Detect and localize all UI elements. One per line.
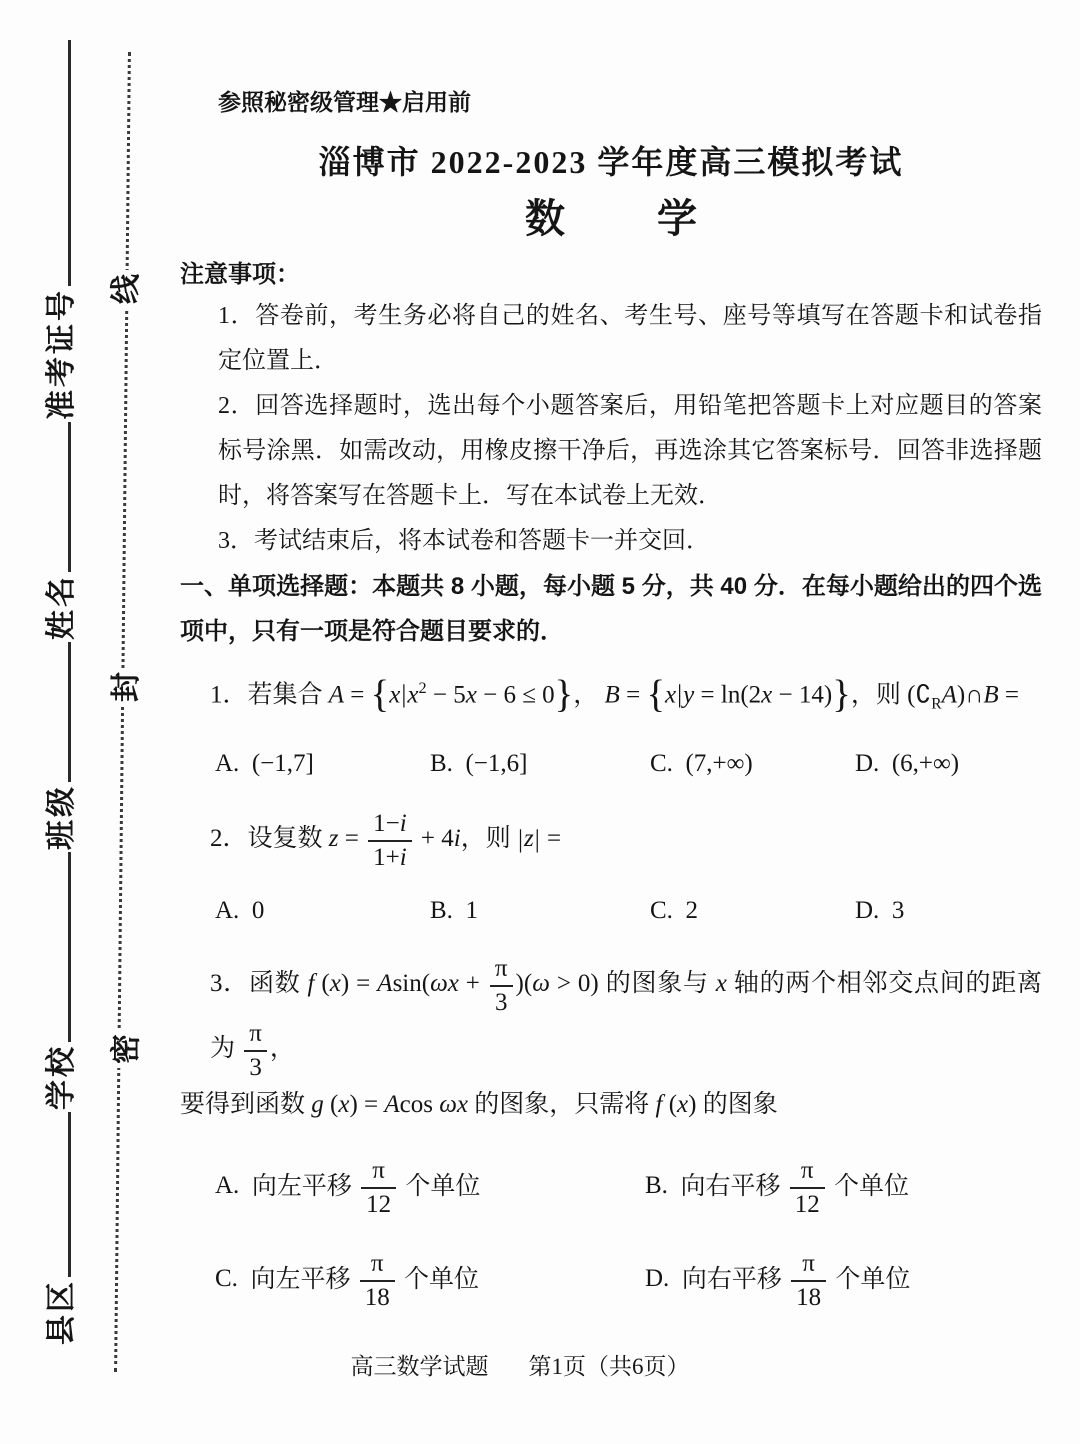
class-fill-line — [42, 642, 71, 782]
field-label-name: 姓名 — [45, 574, 78, 640]
question-3-options-row-1: A. 向左平移 π12 个单位 B. 向右平移 π12 个单位 — [180, 1155, 1042, 1220]
question-2-stem: 2．设复数 z = 1−i1+i + 4i，则 |z| = — [180, 808, 1042, 873]
notice-item-3: 3．考试结束后，将本试卷和答题卡一并交回． — [180, 519, 1042, 564]
field-label-class: 班级 — [45, 784, 78, 850]
question-3-option-c: C. 向左平移 π18 个单位 — [215, 1248, 645, 1313]
field-label-school: 学校 — [45, 1044, 78, 1110]
question-2-option-c: C. 2 — [650, 897, 855, 925]
exam-paper-page: 线 封 密 县区学校班级姓名准考证号 参照秘密级管理★启用前 淄博市 2022-… — [0, 0, 1080, 1444]
question-1-option-a: A. (−1,7] — [215, 750, 430, 778]
seal-char-mi: 密 — [96, 1030, 150, 1068]
main-content: 参照秘密级管理★启用前 淄博市 2022-2023 学年度高三模拟考试 数 学 … — [180, 84, 1042, 1313]
notice-item-2: 2．回答选择题时，选出每个小题答案后，用铅笔把答题卡上对应题目的答案标号涂黑．如… — [180, 384, 1042, 519]
county-fill-line — [42, 1112, 71, 1277]
notice-heading: 注意事项： — [180, 256, 1042, 294]
name-fill-line — [42, 422, 71, 572]
admission-no-fill-line — [42, 40, 71, 286]
question-2-option-d: D. 3 — [855, 897, 1042, 925]
question-2-options: A. 0 B. 1 C. 2 D. 3 — [180, 897, 1042, 925]
page-footer: 高三数学试题 第1页（共6页） — [180, 1348, 860, 1381]
question-1-option-b: B. (−1,6] — [430, 750, 650, 778]
classification-notice: 参照秘密级管理★启用前 — [218, 84, 1042, 117]
seal-char-feng: 封 — [96, 668, 150, 706]
question-2-option-b: B. 1 — [430, 897, 650, 925]
field-label-county: 县区 — [45, 1279, 78, 1345]
question-1-option-c: C. (7,+∞) — [650, 750, 855, 778]
question-3-stem-line-1: 3．函数 f (x) = Asin(ωx + π3)(ω > 0) 的图象与 x… — [180, 953, 1042, 1083]
subject-title: 数 学 — [180, 187, 1042, 244]
question-3-option-a: A. 向左平移 π12 个单位 — [215, 1155, 645, 1220]
section-1-heading: 一、单项选择题：本题共 8 小题，每小题 5 分，共 40 分．在每小题给出的四… — [180, 564, 1042, 654]
question-1-option-d: D. (6,+∞) — [855, 750, 1042, 778]
question-3-option-b: B. 向右平移 π12 个单位 — [645, 1155, 1042, 1220]
notice-item-1: 1．答卷前，考生务必将自己的姓名、考生号、座号等填写在答题卡和试卷指定位置上． — [180, 294, 1042, 384]
question-1-stem: 1．若集合 A = {x|x2 − 5x − 6 ≤ 0}， B = {x|y … — [180, 666, 1042, 726]
question-1-options: A. (−1,7] B. (−1,6] C. (7,+∞) D. (6,+∞) — [180, 750, 1042, 778]
question-3-options-row-2: C. 向左平移 π18 个单位 D. 向右平移 π18 个单位 — [180, 1248, 1042, 1313]
seal-dotted-line — [114, 52, 131, 1372]
school-fill-line — [42, 852, 71, 1042]
footer-paper-name: 高三数学试题 — [351, 1348, 489, 1381]
question-2-option-a: A. 0 — [215, 897, 430, 925]
student-info-fields: 县区学校班级姓名准考证号 — [36, 65, 80, 1345]
exam-title: 淄博市 2022-2023 学年度高三模拟考试 — [180, 137, 1042, 183]
question-3-stem-line-2: 要得到函数 g (x) = Acos ωx 的图象，只需将 f (x) 的图象 — [180, 1083, 1042, 1127]
field-label-admission-no: 准考证号 — [45, 288, 78, 420]
question-3-option-d: D. 向右平移 π18 个单位 — [645, 1248, 1042, 1313]
footer-page-number: 第1页（共6页） — [529, 1348, 690, 1381]
seal-char-xian: 线 — [96, 270, 150, 308]
